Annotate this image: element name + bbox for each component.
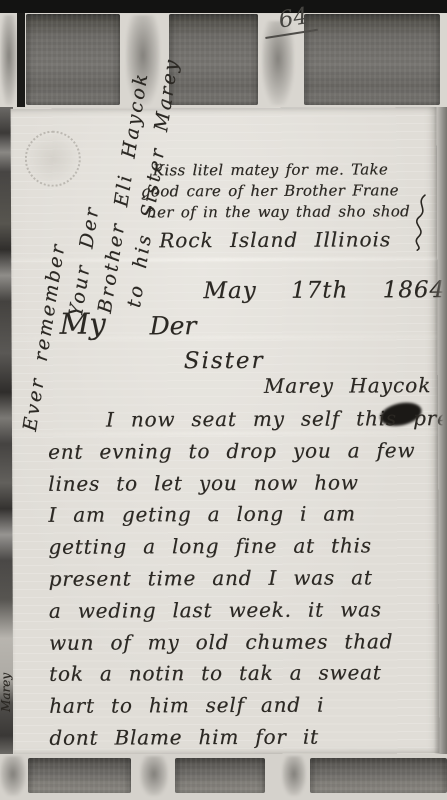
film-frame: [304, 14, 440, 105]
film-stain: [0, 15, 18, 105]
salutation-der: Der: [149, 311, 196, 340]
salutation-name: Marey Haycok: [264, 373, 432, 398]
body-line: hart to him self and i: [49, 689, 435, 722]
film-strip-bottom: [0, 754, 447, 800]
date-line: May 17th 1864: [203, 277, 445, 304]
body-line: wun of my old chumes thad: [49, 626, 435, 659]
place-line: Rock Island Illinois: [159, 227, 391, 252]
film-frame: [175, 758, 265, 793]
film-frame: [28, 758, 131, 793]
microfilm-scan: 64 Marey Ever remember Your Der Brother …: [0, 0, 447, 800]
body-line: I now seat my self this pres: [48, 403, 434, 436]
header-note-line: good care of her Brother Frane: [141, 180, 441, 202]
letter-page: Ever remember Your Der Brother Eli Hayco…: [11, 107, 440, 755]
body-line: dont Blame him for it: [49, 721, 435, 754]
body-line: I am geting a long i am: [48, 498, 434, 531]
salutation-sister: Sister: [184, 348, 265, 374]
letter-body: I now seat my self this pres ent evning …: [48, 403, 436, 754]
pen-flourish: [411, 193, 433, 251]
film-edge-note: Marey: [0, 673, 13, 712]
salutation-my: My: [59, 307, 105, 341]
film-stain: [282, 756, 306, 796]
film-frame: [310, 758, 447, 793]
frame-number-label: 64: [263, 6, 316, 35]
body-line: tok a notin to tak a sweat: [49, 657, 435, 690]
body-line: lines to let you now how: [48, 467, 434, 500]
body-line: a weding last week. it was: [49, 594, 435, 627]
film-frame: [26, 14, 120, 105]
header-note-line: Kiss litel matey for me. Take: [153, 159, 441, 181]
film-edge-right: [434, 107, 447, 754]
body-line: getting a long fine at this: [48, 530, 434, 563]
film-stain: [0, 756, 26, 796]
film-top-black-bar: [0, 0, 447, 13]
body-line: present time and I was at: [49, 562, 435, 595]
film-stain: [140, 756, 168, 796]
header-note-line: her of in the way thad sho shod: [147, 201, 441, 223]
body-line: ent evning to drop you a few: [48, 435, 434, 468]
film-frame-divider: [17, 13, 25, 107]
frame-number-text: 64: [261, 2, 318, 39]
header-note: Kiss litel matey for me. Take good care …: [141, 159, 441, 223]
